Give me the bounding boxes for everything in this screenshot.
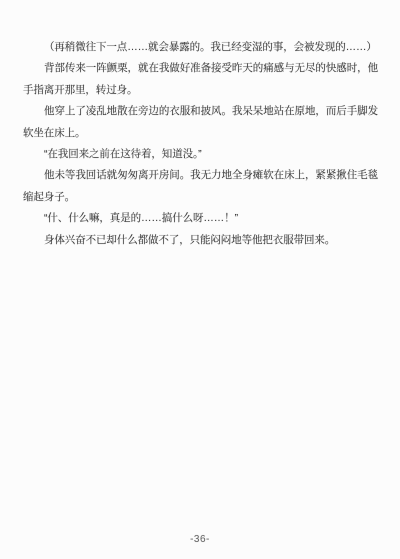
page-text-block: （再稍微往下一点……就会暴露的。我已经变湿的事，会被发现的……） 背部传来一阵颤… bbox=[23, 37, 378, 251]
paragraph-inner-monologue: （再稍微往下一点……就会暴露的。我已经变湿的事，会被发现的……） bbox=[23, 37, 378, 58]
paragraph-narration-2: 他穿上了凌乱地散在旁边的衣服和披风。我呆呆地站在原地，而后手脚发软坐在床上。 bbox=[23, 101, 378, 144]
page-number: -36- bbox=[0, 534, 400, 545]
paragraph-dialogue-2: “什、什么嘛，真是的……搞什么呀……！” bbox=[23, 208, 378, 229]
paragraph-narration-3: 他未等我回话就匆匆离开房间。我无力地全身瘫软在床上，紧紧揪住毛毯缩起身子。 bbox=[23, 165, 378, 208]
paragraph-narration-1: 背部传来一阵颤栗，就在我做好准备接受昨天的痛感与无尽的快感时，他手指离开那里，转… bbox=[23, 58, 378, 101]
paragraph-dialogue-1: “在我回来之前在这待着，知道没。” bbox=[23, 144, 378, 165]
book-page: （再稍微往下一点……就会暴露的。我已经变湿的事，会被发现的……） 背部传来一阵颤… bbox=[0, 0, 400, 559]
paragraph-narration-4: 身体兴奋不已却什么都做不了，只能闷闷地等他把衣服带回来。 bbox=[23, 230, 378, 251]
